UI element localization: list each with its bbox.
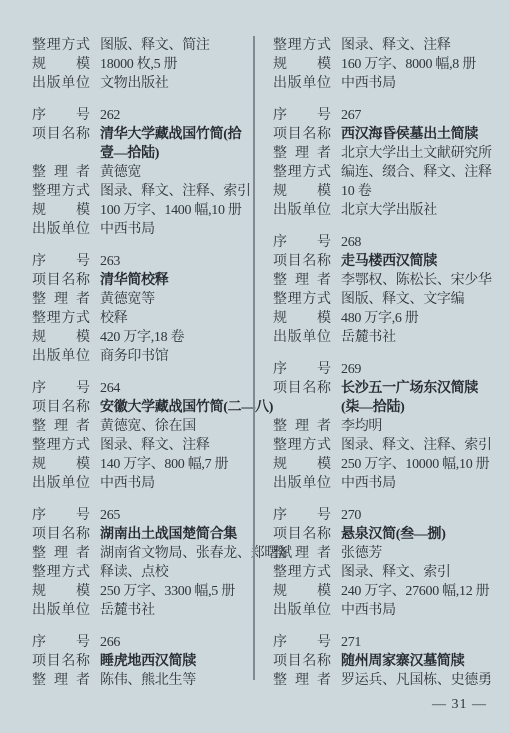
value-line: 走马楼西汉简牍: [341, 252, 437, 271]
field-label: 项目名称: [32, 271, 90, 290]
value-line: 中西书局: [100, 220, 155, 239]
entry-block: 序号263项目名称清华简校释整理者黄德宽等整理方式校释规模420 万字,18 卷…: [32, 252, 251, 366]
field-value: 240 万字、27600 幅,12 册: [341, 582, 489, 601]
field-label: 整理者: [32, 544, 90, 563]
field-label: 整理方式: [32, 36, 90, 55]
field-row: 项目名称安徽大学藏战国竹简(二—八): [32, 398, 251, 417]
field-label: 整理方式: [273, 36, 331, 55]
field-value: 罗运兵、凡国栋、史德勇: [341, 671, 492, 690]
field-value: 校释: [100, 309, 127, 328]
field-value: 图版、释文、简注: [100, 36, 210, 55]
value-line: 图版、释文、简注: [100, 36, 210, 55]
field-row: 出版单位中西书局: [273, 474, 495, 493]
field-value: 图版、释文、文字编: [341, 290, 464, 309]
field-label: 序号: [32, 106, 90, 125]
field-row: 出版单位文物出版社: [32, 74, 251, 93]
field-label: 项目名称: [32, 525, 90, 544]
value-line: 长沙五一广场东汉简牍: [341, 379, 478, 398]
field-value: 黄德宽: [100, 163, 141, 182]
field-value: 编连、缀合、释文、注释: [341, 163, 492, 182]
field-label: 规模: [273, 182, 331, 201]
entry-block: 序号264项目名称安徽大学藏战国竹简(二—八)整理者黄德宽、徐在国整理方式图录、…: [32, 379, 251, 493]
field-row: 整理者李鄂权、陈松长、宋少华: [273, 271, 495, 290]
field-label: 序号: [273, 106, 331, 125]
field-row: 规模480 万字,6 册: [273, 309, 495, 328]
value-line: 商务印书馆: [100, 347, 169, 366]
field-row: 序号267: [273, 106, 495, 125]
field-value: 北京大学出版社: [341, 201, 437, 220]
field-value: 262: [100, 106, 120, 125]
field-label: 整理方式: [32, 309, 90, 328]
field-value: 10 卷: [341, 182, 371, 201]
field-row: 整理者黄德宽等: [32, 290, 251, 309]
book-page: 整理方式图版、释文、简注规模18000 枚,5 册出版单位文物出版社序号262项…: [0, 0, 509, 733]
field-label: 出版单位: [32, 74, 90, 93]
field-label: 项目名称: [273, 525, 331, 544]
field-value: 270: [341, 506, 361, 525]
entry-block: 整理方式图录、释文、注释规模160 万字、8000 幅,8 册出版单位中西书局: [273, 36, 495, 93]
field-label: 出版单位: [32, 347, 90, 366]
value-line: 图版、释文、文字编: [341, 290, 464, 309]
field-row: 出版单位岳麓书社: [32, 601, 251, 620]
field-label: 项目名称: [32, 398, 90, 417]
field-row: 序号271: [273, 633, 495, 652]
project-name-value: 安徽大学藏战国竹简(二—八): [100, 398, 273, 417]
field-label: 规模: [32, 201, 90, 220]
field-label: 规模: [32, 328, 90, 347]
field-value: 李鄂权、陈松长、宋少华: [341, 271, 492, 290]
value-line: 264: [100, 379, 120, 398]
entry-block: 序号266项目名称睡虎地西汉简牍整理者陈伟、熊北生等: [32, 633, 251, 690]
field-value: 图录、释文、注释、索引: [341, 436, 492, 455]
value-line: 271: [341, 633, 361, 652]
field-value: 释读、点校: [100, 563, 169, 582]
value-line: 268: [341, 233, 361, 252]
project-name-value: 清华大学藏战国竹简(拾壹—拾陆): [100, 125, 241, 163]
value-line: 西汉海昏侯墓出土简牍: [341, 125, 478, 144]
field-row: 项目名称清华简校释: [32, 271, 251, 290]
field-value: 268: [341, 233, 361, 252]
field-row: 出版单位中西书局: [273, 74, 495, 93]
field-row: 项目名称湖南出土战国楚简合集: [32, 525, 251, 544]
value-line: 校释: [100, 309, 127, 328]
field-label: 序号: [32, 506, 90, 525]
value-line: 睡虎地西汉简牍: [100, 652, 196, 671]
field-row: 出版单位中西书局: [32, 220, 251, 239]
field-label: 整理者: [273, 544, 331, 563]
field-label: 整理者: [273, 671, 331, 690]
field-row: 序号266: [32, 633, 251, 652]
value-line: 黄德宽、徐在国: [100, 417, 196, 436]
field-row: 出版单位商务印书馆: [32, 347, 251, 366]
field-value: 张德芳: [341, 544, 382, 563]
value-line: 图录、释文、注释: [341, 36, 451, 55]
field-row: 整理方式图版、释文、简注: [32, 36, 251, 55]
field-value: 文物出版社: [100, 74, 169, 93]
field-row: 规模18000 枚,5 册: [32, 55, 251, 74]
project-name-value: 走马楼西汉简牍: [341, 252, 437, 271]
field-row: 序号268: [273, 233, 495, 252]
field-value: 北京大学出土文献研究所: [341, 144, 492, 163]
field-row: 整理者黄德宽、徐在国: [32, 417, 251, 436]
field-value: 中西书局: [100, 474, 155, 493]
entry-block: 序号270项目名称悬泉汉简(叁—捌)整理者张德芳整理方式图录、释文、索引规模24…: [273, 506, 495, 620]
field-row: 序号264: [32, 379, 251, 398]
field-value: 中西书局: [100, 220, 155, 239]
value-line: 悬泉汉简(叁—捌): [341, 525, 446, 544]
field-value: 岳麓书社: [100, 601, 155, 620]
field-row: 整理方式图录、释文、注释、索引: [273, 436, 495, 455]
field-value: 250 万字、3300 幅,5 册: [100, 582, 235, 601]
field-label: 整理者: [32, 290, 90, 309]
field-label: 项目名称: [273, 252, 331, 271]
field-value: 中西书局: [341, 474, 396, 493]
entry-block: 序号269项目名称长沙五一广场东汉简牍(柒—拾陆)整理者李均明整理方式图录、释文…: [273, 360, 495, 493]
field-row: 项目名称悬泉汉简(叁—捌): [273, 525, 495, 544]
field-label: 项目名称: [273, 125, 331, 144]
field-row: 项目名称长沙五一广场东汉简牍(柒—拾陆): [273, 379, 495, 417]
field-row: 出版单位中西书局: [273, 601, 495, 620]
field-row: 序号263: [32, 252, 251, 271]
field-label: 整理者: [273, 271, 331, 290]
field-value: 267: [341, 106, 361, 125]
field-label: 出版单位: [273, 328, 331, 347]
field-value: 岳麓书社: [341, 328, 396, 347]
column-right: 整理方式图录、释文、注释规模160 万字、8000 幅,8 册出版单位中西书局序…: [273, 36, 495, 690]
value-line: 中西书局: [341, 474, 396, 493]
field-label: 整理方式: [32, 436, 90, 455]
field-label: 出版单位: [32, 601, 90, 620]
value-line: 黄德宽: [100, 163, 141, 182]
value-line: 265: [100, 506, 120, 525]
value-line: 李均明: [341, 417, 382, 436]
field-value: 265: [100, 506, 120, 525]
value-line: 266: [100, 633, 120, 652]
entry-block: 序号271项目名称随州周家寨汉墓简牍整理者罗运兵、凡国栋、史德勇: [273, 633, 495, 690]
field-value: 480 万字,6 册: [341, 309, 419, 328]
value-line: 263: [100, 252, 120, 271]
field-value: 李均明: [341, 417, 382, 436]
value-line: 安徽大学藏战国竹简(二—八): [100, 398, 273, 417]
field-label: 出版单位: [32, 474, 90, 493]
field-row: 整理方式校释: [32, 309, 251, 328]
entry-block: 序号268项目名称走马楼西汉简牍整理者李鄂权、陈松长、宋少华整理方式图版、释文、…: [273, 233, 495, 347]
field-row: 整理方式图版、释文、文字编: [273, 290, 495, 309]
field-row: 整理者黄德宽: [32, 163, 251, 182]
field-row: 整理者罗运兵、凡国栋、史德勇: [273, 671, 495, 690]
value-line: 罗运兵、凡国栋、史德勇: [341, 671, 492, 690]
field-label: 规模: [32, 55, 90, 74]
field-row: 序号262: [32, 106, 251, 125]
field-row: 整理方式释读、点校: [32, 563, 251, 582]
value-line: 中西书局: [100, 474, 155, 493]
field-row: 序号265: [32, 506, 251, 525]
field-value: 269: [341, 360, 361, 379]
value-line: 清华简校释: [100, 271, 169, 290]
field-row: 整理者湖南省文物局、张春龙、郑曙斌: [32, 544, 251, 563]
project-name-value: 长沙五一广场东汉简牍(柒—拾陆): [341, 379, 478, 417]
field-row: 整理者李均明: [273, 417, 495, 436]
field-label: 出版单位: [273, 74, 331, 93]
field-row: 项目名称西汉海昏侯墓出土简牍: [273, 125, 495, 144]
field-value: 黄德宽等: [100, 290, 155, 309]
field-label: 规模: [273, 582, 331, 601]
field-label: 序号: [273, 633, 331, 652]
page-number: — 31 —: [432, 697, 487, 713]
project-name-value: 随州周家寨汉墓简牍: [341, 652, 464, 671]
field-label: 规模: [32, 455, 90, 474]
field-value: 420 万字,18 卷: [100, 328, 184, 347]
field-value: 264: [100, 379, 120, 398]
field-row: 出版单位岳麓书社: [273, 328, 495, 347]
field-label: 整理方式: [273, 290, 331, 309]
field-row: 规模160 万字、8000 幅,8 册: [273, 55, 495, 74]
value-line: 240 万字、27600 幅,12 册: [341, 582, 489, 601]
value-line: 100 万字、1400 幅,10 册: [100, 201, 242, 220]
field-label: 项目名称: [273, 652, 331, 671]
value-line: 陈伟、熊北生等: [100, 671, 196, 690]
field-label: 整理者: [273, 417, 331, 436]
field-label: 出版单位: [273, 601, 331, 620]
field-row: 项目名称睡虎地西汉简牍: [32, 652, 251, 671]
field-label: 序号: [32, 633, 90, 652]
field-label: 整理者: [273, 144, 331, 163]
value-line: 140 万字、800 幅,7 册: [100, 455, 228, 474]
value-line: 480 万字,6 册: [341, 309, 419, 328]
project-name-value: 湖南出土战国楚简合集: [100, 525, 237, 544]
entry-block: 序号265项目名称湖南出土战国楚简合集整理者湖南省文物局、张春龙、郑曙斌整理方式…: [32, 506, 251, 620]
field-value: 黄德宽、徐在国: [100, 417, 196, 436]
field-row: 序号269: [273, 360, 495, 379]
field-value: 266: [100, 633, 120, 652]
value-line: 岳麓书社: [341, 328, 396, 347]
value-line: 随州周家寨汉墓简牍: [341, 652, 464, 671]
value-line: 张德芳: [341, 544, 382, 563]
value-line: 清华大学藏战国竹简(拾: [100, 125, 241, 144]
value-line: 中西书局: [341, 601, 396, 620]
entry-block: 序号262项目名称清华大学藏战国竹简(拾壹—拾陆)整理者黄德宽整理方式图录、释文…: [32, 106, 251, 239]
field-label: 项目名称: [32, 652, 90, 671]
field-row: 出版单位中西书局: [32, 474, 251, 493]
field-label: 序号: [273, 360, 331, 379]
project-name-value: 西汉海昏侯墓出土简牍: [341, 125, 478, 144]
entry-block: 序号267项目名称西汉海昏侯墓出土简牍整理者北京大学出土文献研究所整理方式编连、…: [273, 106, 495, 220]
field-value: 湖南省文物局、张春龙、郑曙斌: [100, 544, 292, 563]
field-label: 规模: [273, 55, 331, 74]
field-row: 规模240 万字、27600 幅,12 册: [273, 582, 495, 601]
field-label: 出版单位: [32, 220, 90, 239]
field-value: 图录、释文、索引: [341, 563, 451, 582]
value-line: 编连、缀合、释文、注释: [341, 163, 492, 182]
field-value: 18000 枚,5 册: [100, 55, 177, 74]
value-line: 图录、释文、注释、索引: [341, 436, 492, 455]
field-row: 整理方式图录、释文、注释: [32, 436, 251, 455]
value-line: 湖南省文物局、张春龙、郑曙斌: [100, 544, 292, 563]
field-row: 整理方式图录、释文、注释、索引: [32, 182, 251, 201]
field-row: 整理方式图录、释文、注释: [273, 36, 495, 55]
field-value: 271: [341, 633, 361, 652]
field-label: 项目名称: [273, 379, 331, 398]
field-value: 140 万字、800 幅,7 册: [100, 455, 228, 474]
field-row: 规模250 万字、10000 幅,10 册: [273, 455, 495, 474]
field-label: 序号: [273, 506, 331, 525]
project-name-value: 清华简校释: [100, 271, 169, 290]
field-row: 整理方式图录、释文、索引: [273, 563, 495, 582]
field-value: 100 万字、1400 幅,10 册: [100, 201, 242, 220]
project-name-value: 睡虎地西汉简牍: [100, 652, 196, 671]
value-line: 李鄂权、陈松长、宋少华: [341, 271, 492, 290]
field-row: 规模10 卷: [273, 182, 495, 201]
field-value: 图录、释文、注释: [341, 36, 451, 55]
field-row: 整理者陈伟、熊北生等: [32, 671, 251, 690]
field-row: 出版单位北京大学出版社: [273, 201, 495, 220]
field-label: 整理者: [32, 163, 90, 182]
value-line: (柒—拾陆): [341, 398, 478, 417]
field-row: 项目名称清华大学藏战国竹简(拾壹—拾陆): [32, 125, 251, 163]
field-label: 整理者: [32, 671, 90, 690]
column-left: 整理方式图版、释文、简注规模18000 枚,5 册出版单位文物出版社序号262项…: [32, 36, 251, 690]
value-line: 湖南出土战国楚简合集: [100, 525, 237, 544]
field-row: 整理者张德芳: [273, 544, 495, 563]
value-line: 250 万字、10000 幅,10 册: [341, 455, 489, 474]
value-line: 图录、释文、索引: [341, 563, 451, 582]
field-label: 规模: [273, 309, 331, 328]
value-line: 释读、点校: [100, 563, 169, 582]
value-line: 图录、释文、注释: [100, 436, 210, 455]
field-label: 规模: [273, 455, 331, 474]
field-value: 中西书局: [341, 601, 396, 620]
field-row: 规模100 万字、1400 幅,10 册: [32, 201, 251, 220]
field-label: 出版单位: [273, 201, 331, 220]
field-label: 整理方式: [273, 163, 331, 182]
field-label: 整理方式: [273, 436, 331, 455]
field-row: 规模140 万字、800 幅,7 册: [32, 455, 251, 474]
field-label: 规模: [32, 582, 90, 601]
value-line: 270: [341, 506, 361, 525]
field-value: 263: [100, 252, 120, 271]
value-line: 中西书局: [341, 74, 396, 93]
field-value: 图录、释文、注释: [100, 436, 210, 455]
field-label: 序号: [32, 379, 90, 398]
value-line: 262: [100, 106, 120, 125]
value-line: 10 卷: [341, 182, 371, 201]
field-value: 图录、释文、注释、索引: [100, 182, 251, 201]
value-line: 18000 枚,5 册: [100, 55, 177, 74]
field-value: 中西书局: [341, 74, 396, 93]
value-line: 250 万字、3300 幅,5 册: [100, 582, 235, 601]
field-label: 整理者: [32, 417, 90, 436]
value-line: 北京大学出土文献研究所: [341, 144, 492, 163]
field-label: 项目名称: [32, 125, 90, 144]
value-line: 269: [341, 360, 361, 379]
field-row: 规模250 万字、3300 幅,5 册: [32, 582, 251, 601]
project-name-value: 悬泉汉简(叁—捌): [341, 525, 446, 544]
field-row: 项目名称走马楼西汉简牍: [273, 252, 495, 271]
value-line: 267: [341, 106, 361, 125]
entry-block: 整理方式图版、释文、简注规模18000 枚,5 册出版单位文物出版社: [32, 36, 251, 93]
field-value: 陈伟、熊北生等: [100, 671, 196, 690]
field-label: 序号: [32, 252, 90, 271]
field-row: 整理者北京大学出土文献研究所: [273, 144, 495, 163]
field-value: 250 万字、10000 幅,10 册: [341, 455, 489, 474]
value-line: 岳麓书社: [100, 601, 155, 620]
field-label: 整理方式: [32, 182, 90, 201]
field-row: 序号270: [273, 506, 495, 525]
field-value: 商务印书馆: [100, 347, 169, 366]
field-row: 规模420 万字,18 卷: [32, 328, 251, 347]
field-label: 整理方式: [273, 563, 331, 582]
field-label: 出版单位: [273, 474, 331, 493]
field-row: 整理方式编连、缀合、释文、注释: [273, 163, 495, 182]
field-label: 整理方式: [32, 563, 90, 582]
value-line: 黄德宽等: [100, 290, 155, 309]
value-line: 壹—拾陆): [100, 144, 241, 163]
column-divider-line: [253, 36, 255, 680]
field-row: 项目名称随州周家寨汉墓简牍: [273, 652, 495, 671]
value-line: 420 万字,18 卷: [100, 328, 184, 347]
field-label: 序号: [273, 233, 331, 252]
value-line: 图录、释文、注释、索引: [100, 182, 251, 201]
field-value: 160 万字、8000 幅,8 册: [341, 55, 476, 74]
value-line: 北京大学出版社: [341, 201, 437, 220]
value-line: 160 万字、8000 幅,8 册: [341, 55, 476, 74]
value-line: 文物出版社: [100, 74, 169, 93]
